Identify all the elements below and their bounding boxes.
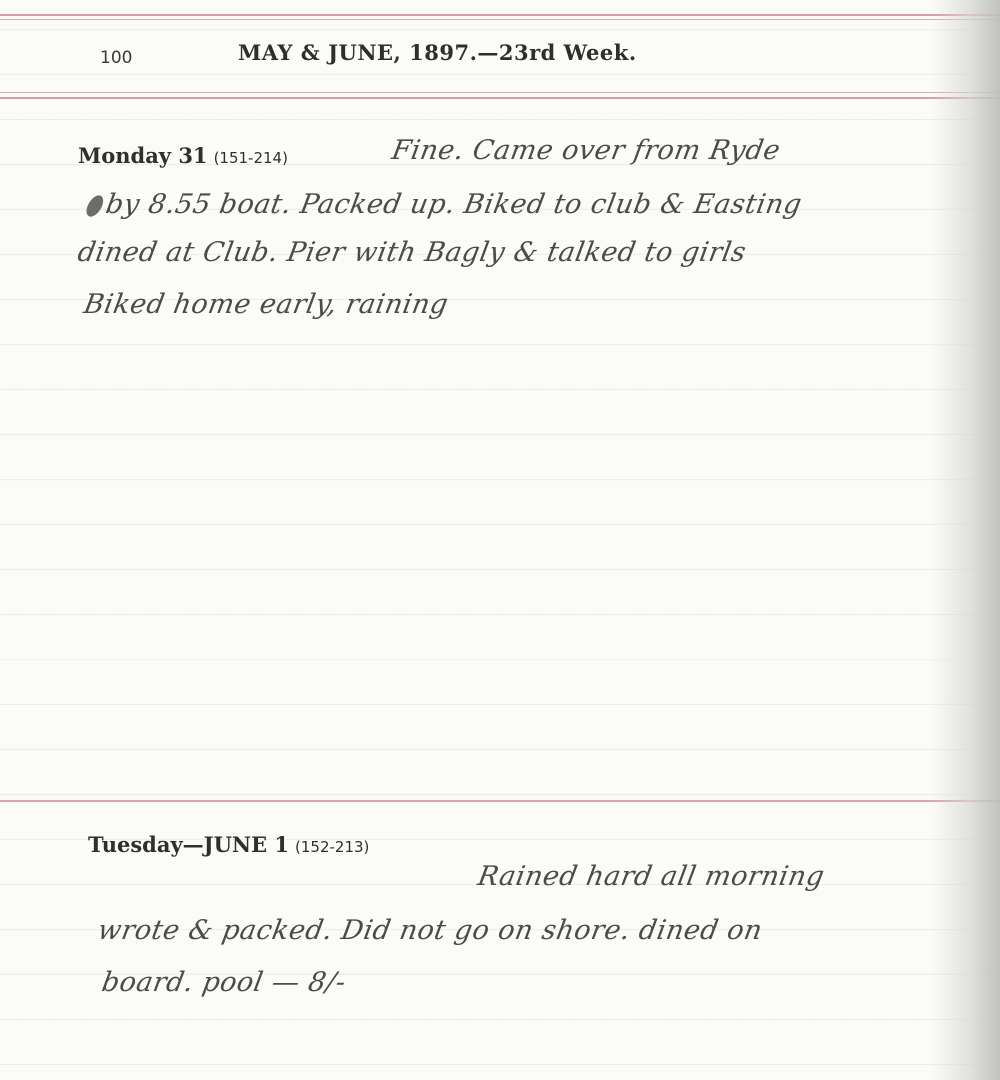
day-name: Monday 31 xyxy=(78,143,208,168)
day-name: Tuesday—JUNE 1 xyxy=(88,832,289,857)
handwriting-line: board. pool — 8/- xyxy=(98,960,350,1006)
diary-page: 100 MAY & JUNE, 1897.—23rd Week. Monday … xyxy=(0,0,1000,1080)
page-number: 100 xyxy=(100,48,132,68)
day-label-tuesday: Tuesday—JUNE 1(152-213) xyxy=(88,832,369,857)
handwriting-line: by 8.55 boat. Packed up. Biked to club &… xyxy=(80,182,806,228)
handwriting-line: wrote & packed. Did not go on shore. din… xyxy=(94,908,766,954)
handwriting-line: Biked home early, raining xyxy=(80,282,452,328)
header-bottom-rule-inner xyxy=(0,92,1000,93)
day-label-monday: Monday 31(151-214) xyxy=(78,143,288,168)
handwriting-line: Fine. Came over from Ryde xyxy=(388,128,784,174)
page-edge-shadow xyxy=(930,0,1000,1080)
ink-blot-icon xyxy=(83,193,106,218)
page-header: 100 MAY & JUNE, 1897.—23rd Week. xyxy=(0,22,1000,86)
header-top-rule-inner xyxy=(0,19,1000,20)
page-title: MAY & JUNE, 1897.—23rd Week. xyxy=(238,40,637,65)
day-ordinal: (151-214) xyxy=(214,149,288,167)
handwriting-line: Rained hard all morning xyxy=(474,854,828,900)
day-separator-rule xyxy=(0,800,1000,802)
header-bottom-rule xyxy=(0,97,1000,99)
header-top-rule xyxy=(0,14,1000,16)
handwriting-line: dined at Club. Pier with Bagly & talked … xyxy=(74,230,750,276)
day-ordinal: (152-213) xyxy=(295,838,369,856)
